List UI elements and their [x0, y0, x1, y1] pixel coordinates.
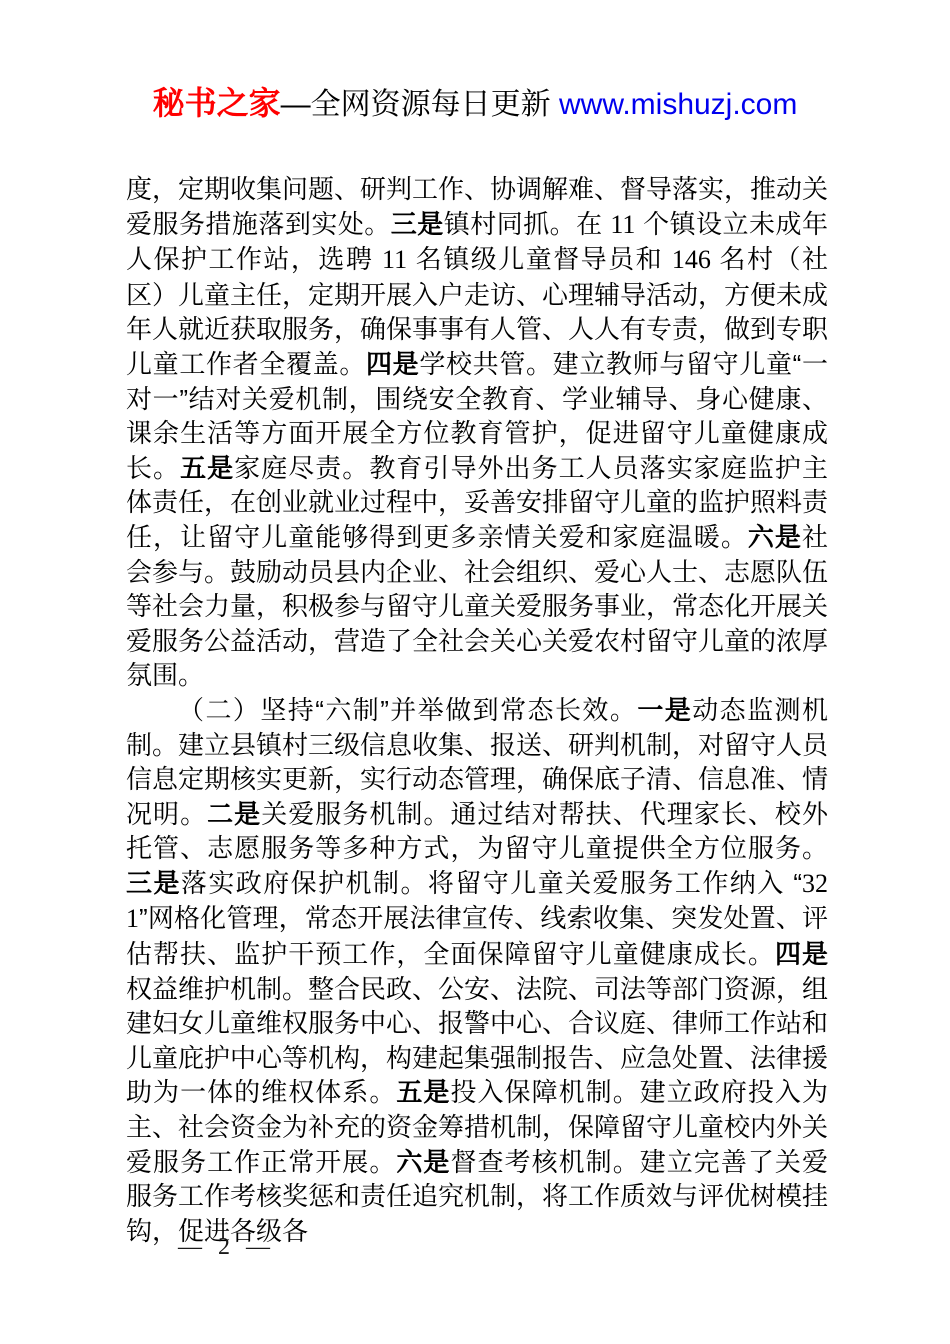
paragraph: （二）坚持“六制”并举做到常态长效。一是动态监测机制。建立县镇村三级信息收集、报… [126, 693, 828, 1249]
emphasis-segment: 四是 [775, 939, 828, 969]
emphasis-segment: 四是 [366, 349, 419, 379]
emphasis-segment: 五是 [396, 1077, 450, 1107]
text-segment: 落实政府保护机制。将留守儿童关爱服务工作纳入 “ [181, 868, 802, 898]
site-header: 秘书之家—全网资源每日更新 www.mishuzj.com [0, 84, 950, 124]
emphasis-segment: 三是 [126, 868, 181, 898]
site-tagline: —全网资源每日更新 [281, 88, 559, 121]
document-body: 度，定期收集问题、研判工作、协调解难、督导落实，推动关爱服务措施落到实处。三是镇… [126, 172, 828, 1248]
paragraph: 度，定期收集问题、研判工作、协调解难、督导落实，推动关爱服务措施落到实处。三是镇… [126, 172, 828, 693]
text-segment: ”网格化管理，常态开展法律宣传、线索收集、突发处置、评估帮扶、监护干预工作，全面… [126, 903, 828, 969]
page-number: — 2 — [178, 1234, 275, 1260]
text-segment: （二）坚持“六制”并举做到常态长效。 [178, 695, 637, 725]
emphasis-segment: 五是 [180, 453, 234, 483]
site-brand: 秘书之家 [153, 85, 281, 121]
emphasis-segment: 六是 [748, 522, 802, 552]
text-segment: 11 [610, 210, 635, 239]
emphasis-segment: 三是 [391, 209, 444, 239]
document-page: 秘书之家—全网资源每日更新 www.mishuzj.com 度，定期收集问题、研… [0, 0, 950, 1344]
emphasis-segment: 二是 [207, 799, 261, 829]
emphasis-segment: 一是 [637, 695, 692, 725]
page-footer: — 2 — [178, 1234, 275, 1261]
text-segment: 名镇级儿童督导员和 [407, 244, 672, 274]
emphasis-segment: 六是 [396, 1147, 450, 1177]
text-segment: 镇村同抓。在 [444, 209, 611, 239]
site-url-link[interactable]: www.mishuzj.com [559, 88, 797, 121]
text-segment: 11 [382, 245, 407, 274]
text-segment: 146 [672, 245, 711, 274]
